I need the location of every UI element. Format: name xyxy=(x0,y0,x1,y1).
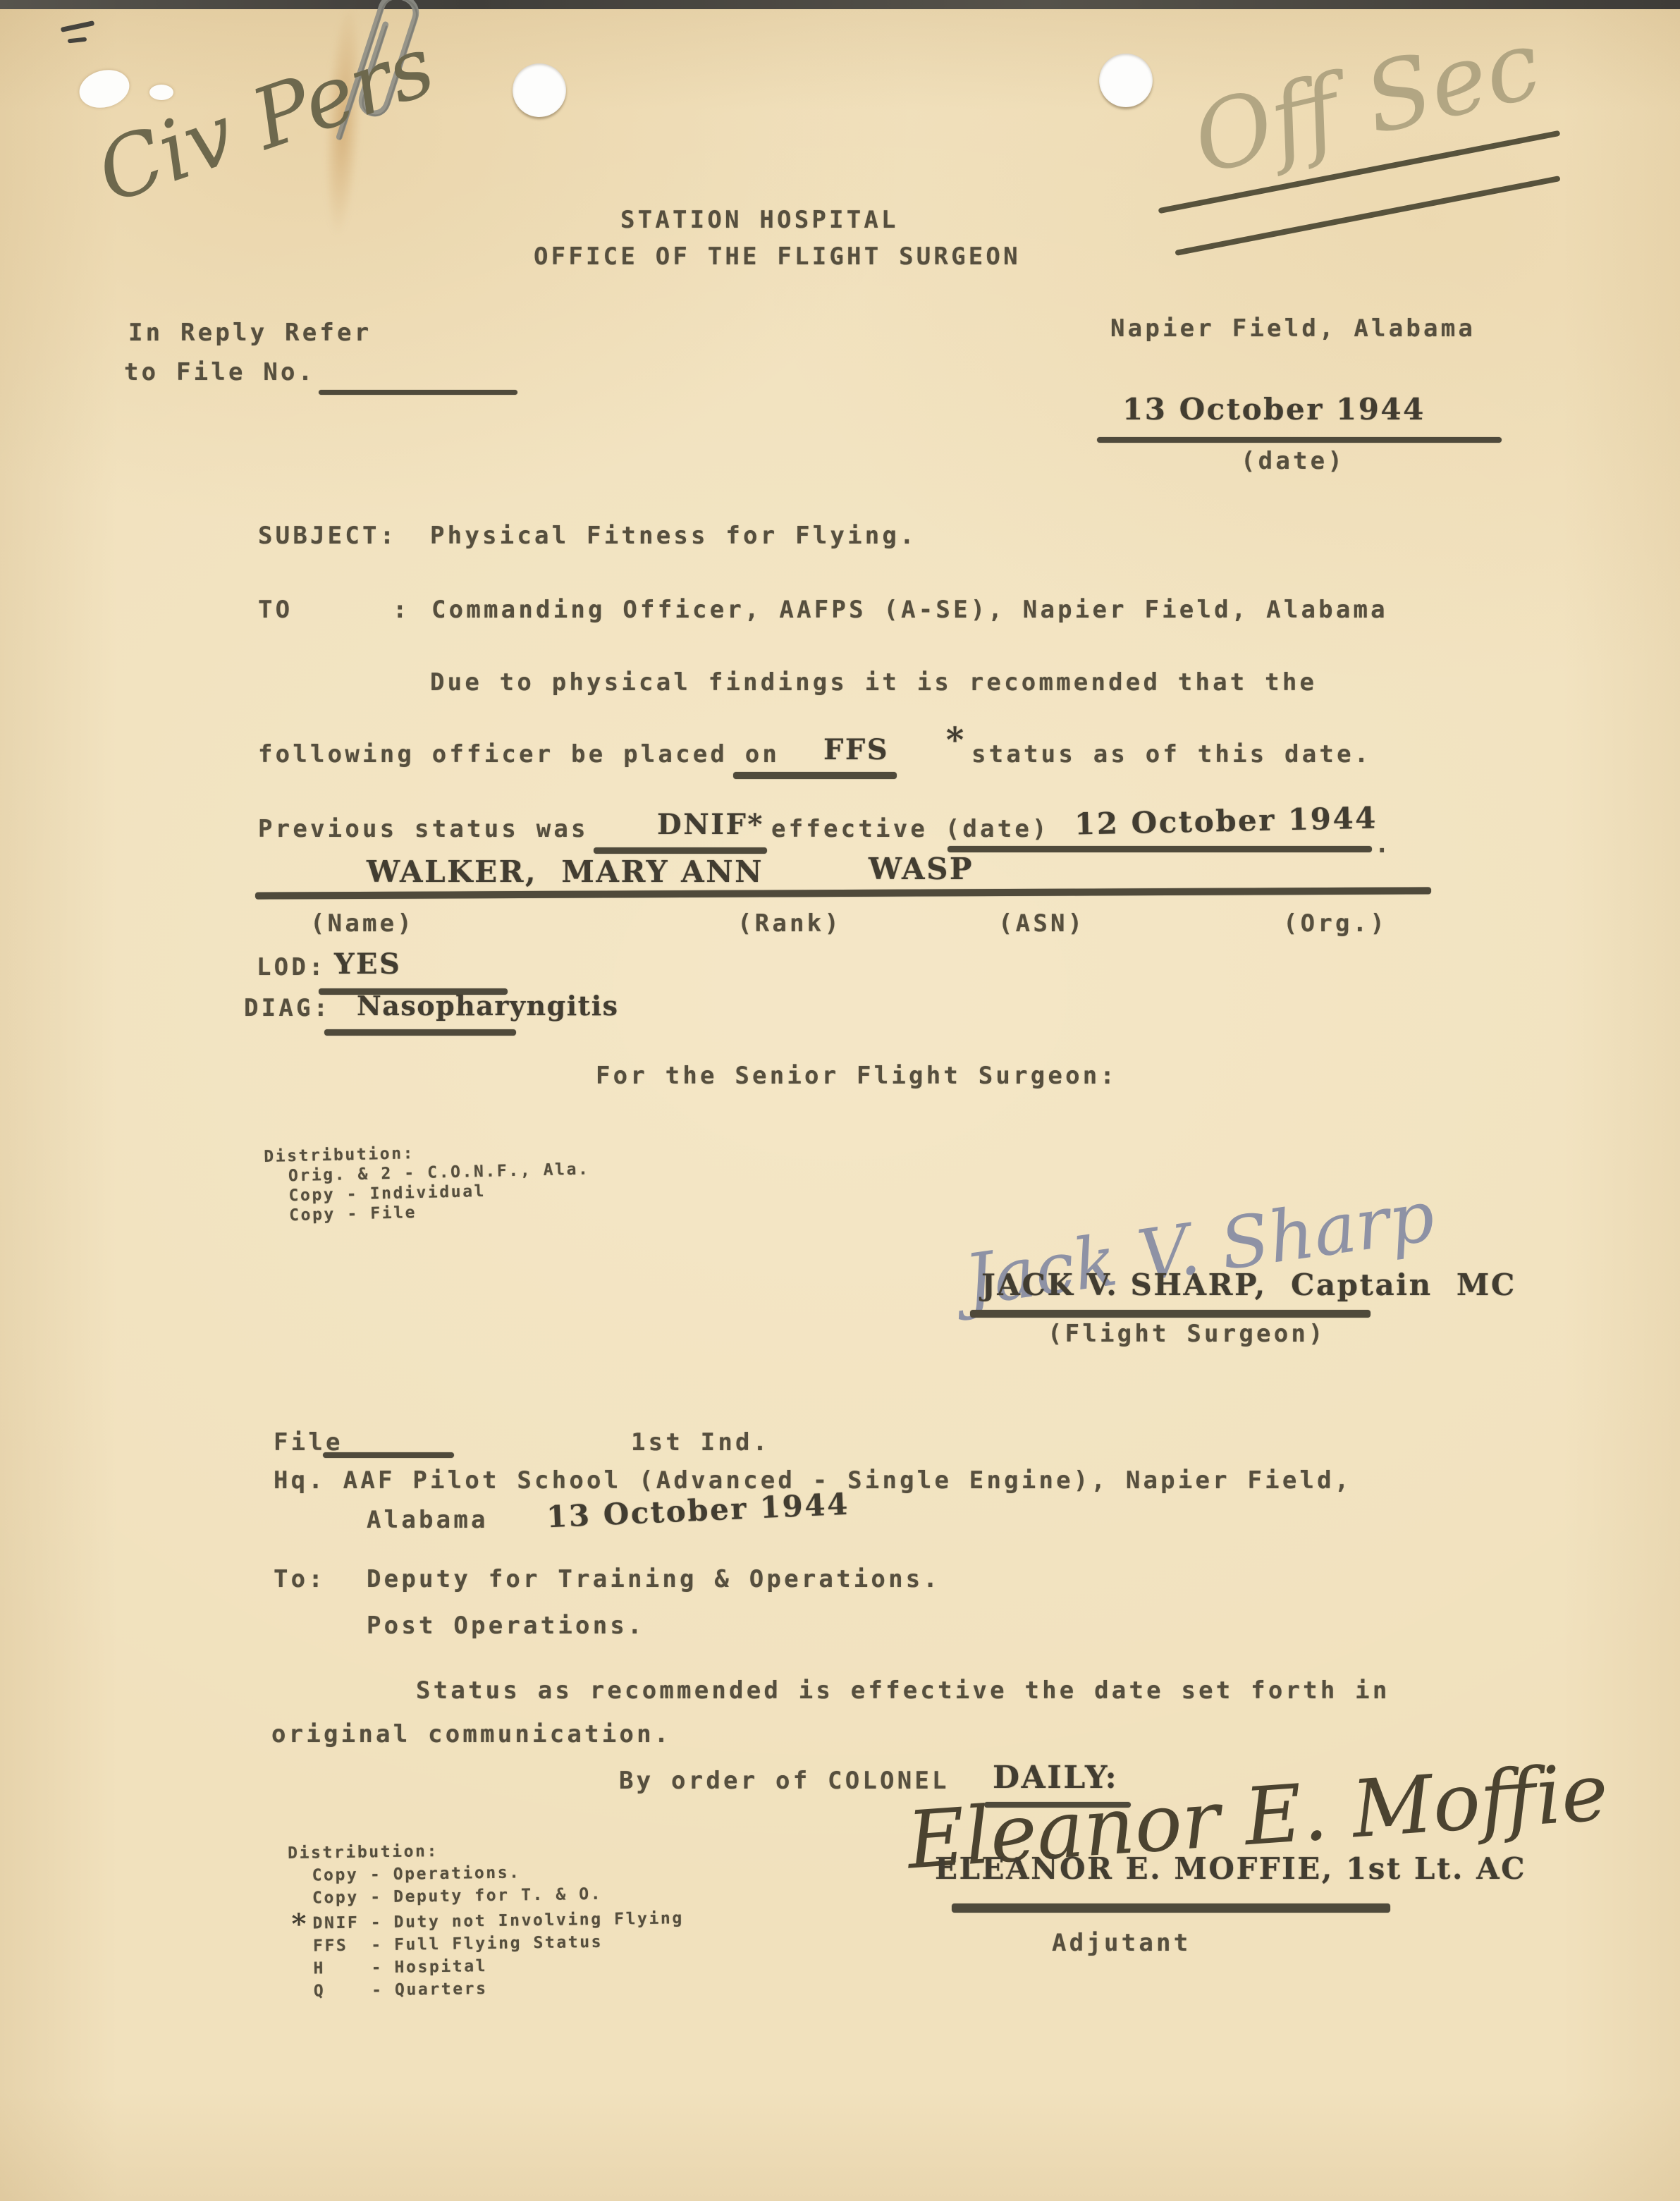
adjutant-name-stamp: ELEANOR E. MOFFIE, 1st Lt. AC xyxy=(935,1851,1526,1886)
paper-tear-spot xyxy=(75,65,133,114)
scanner-edge xyxy=(0,0,1680,9)
indorsement-to-line1: Deputy for Training & Operations. xyxy=(367,1565,940,1593)
adjutant-signature-underline xyxy=(952,1903,1390,1913)
hq-line2: Alabama xyxy=(367,1506,489,1534)
body-line3-mid: effective (date) xyxy=(771,815,1050,843)
date-underline xyxy=(1097,437,1502,443)
letterhead-line2: OFFICE OF THE FLIGHT SURGEON xyxy=(534,243,1021,271)
stamped-diag-value: Nasopharyngitis xyxy=(357,990,619,1022)
column-label-org: (Org.) xyxy=(1283,909,1387,938)
lod-label: LOD: xyxy=(257,953,326,981)
legend-item-quarters: Q - Quarters xyxy=(314,1980,488,2000)
status-blank-underline xyxy=(733,772,897,779)
indorsement-to-line2: Post Operations. xyxy=(367,1612,645,1640)
stamped-previous-date: 12 October 1944 xyxy=(1074,801,1378,842)
diag-label: DIAG: xyxy=(244,994,331,1022)
by-order-line: By order of COLONEL xyxy=(619,1767,950,1795)
column-label-rank: (Rank) xyxy=(737,909,842,938)
distribution-item: Copy - Deputy for T. & O. xyxy=(312,1885,603,1908)
stamped-previous-status: DNIF* xyxy=(657,808,764,841)
distribution-title: Distribution: xyxy=(288,1842,439,1863)
column-label-name: (Name) xyxy=(310,909,415,938)
distribution-block-2: Distribution: Copy - Operations. Copy - … xyxy=(288,1837,854,2006)
stamped-officer-org: WASP xyxy=(869,852,974,886)
reply-refer-line2: to File No. xyxy=(124,358,315,386)
subject-value: Physical Fitness for Flying. xyxy=(430,522,917,550)
date-caption: (date) xyxy=(1241,447,1345,475)
file-no-blank-line xyxy=(319,390,517,395)
indorsement-to-label: To: xyxy=(274,1565,326,1593)
letterhead-line1: STATION HOSPITAL xyxy=(620,206,899,234)
paper-tear-spot-small xyxy=(149,85,173,100)
distribution-item: Copy - Operations. xyxy=(312,1863,520,1884)
body-line1: Due to physical findings it is recommend… xyxy=(430,668,1317,697)
body-line3-pre: Previous status was xyxy=(258,815,589,843)
distribution-block-1: Distribution: Orig. & 2 - C.O.N.F., Ala.… xyxy=(264,1136,759,1239)
reply-refer-line1: In Reply Refer xyxy=(128,319,372,347)
stamped-date: 13 October 1944 xyxy=(1122,392,1425,427)
indorsement-para-line1: Status as recommended is effective the d… xyxy=(416,1676,1390,1705)
legend-item-hospital: H - Hospital xyxy=(313,1957,487,1978)
legend-asterisk: * xyxy=(291,1908,307,1941)
handwritten-civ-pers: Civ Pers xyxy=(85,16,446,221)
body-line2-pre: following officer be placed on xyxy=(258,740,780,768)
legend-item-ffs: FFS - Full Flying Status xyxy=(313,1933,603,1956)
pencil-mark xyxy=(68,37,87,44)
stamped-officer-name: WALKER, MARY ANN xyxy=(367,854,764,889)
stamped-lod-value: YES xyxy=(334,948,401,981)
to-value: Commanding Officer, AAFPS (A-SE), Napier… xyxy=(431,596,1388,624)
punch-hole-left xyxy=(513,63,566,117)
station-location: Napier Field, Alabama xyxy=(1110,314,1476,343)
asterisk-mark: * xyxy=(946,721,966,760)
distribution-item: Copy - File xyxy=(289,1203,417,1225)
column-label-asn: (ASN) xyxy=(998,909,1085,938)
body-line3-period: . xyxy=(1375,830,1392,859)
first-indorsement-label: 1st Ind. xyxy=(631,1428,770,1457)
previous-date-underline xyxy=(948,846,1372,852)
pencil-mark xyxy=(61,20,94,32)
for-senior-flight-surgeon-line: For the Senior Flight Surgeon: xyxy=(596,1062,1117,1090)
surgeon-title: (Flight Surgeon) xyxy=(1048,1320,1326,1348)
file-blank-underline xyxy=(323,1452,454,1458)
surgeon-signature-underline xyxy=(970,1310,1371,1318)
diag-underline xyxy=(324,1029,516,1036)
body-line2-post: status as of this date. xyxy=(971,740,1371,768)
adjutant-title: Adjutant xyxy=(1052,1929,1191,1957)
punch-hole-right xyxy=(1099,54,1153,107)
to-label: TO xyxy=(258,596,293,624)
previous-status-underline xyxy=(594,847,767,854)
indorsement-para-line2: original communication. xyxy=(271,1720,671,1748)
surgeon-name-stamp: JACK V. SHARP, Captain MC xyxy=(981,1268,1516,1302)
stamped-new-status: FFS xyxy=(823,733,889,766)
to-colon: : xyxy=(393,596,410,624)
legend-item-dnif: DNIF - Duty not Involving Flying xyxy=(312,1909,684,1932)
document-page: Civ Pers Off Sec STATION HOSPITAL OFFICE… xyxy=(0,0,1680,2201)
distribution-item: Copy - Individual xyxy=(288,1182,486,1205)
distribution-title: Distribution: xyxy=(264,1144,415,1166)
subject-label: SUBJECT: xyxy=(258,522,397,550)
